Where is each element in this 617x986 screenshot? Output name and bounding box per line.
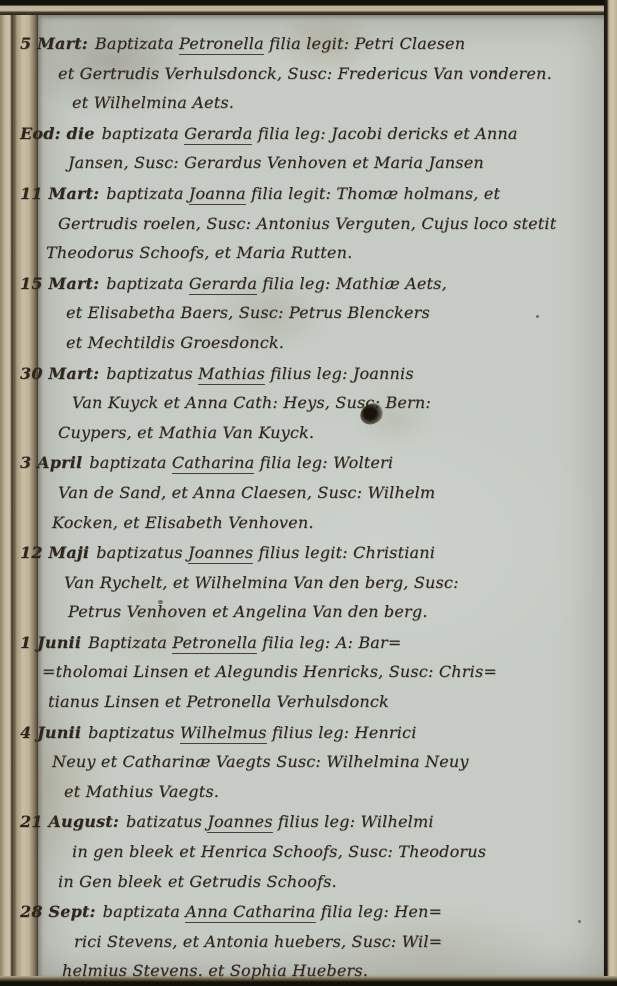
record-text: baptizata (103, 902, 186, 921)
record-line: Neuy et Catharinæ Vaegts Susc: Wilhelmin… (52, 747, 598, 777)
record-line: Van de Sand, et Anna Claesen, Susc: Wilh… (58, 478, 598, 508)
record-line: Cuypers, et Mathia Van Kuyck. (58, 418, 598, 448)
baptism-record: 11 Mart:baptizata Joanna filia legit: Th… (58, 179, 598, 268)
child-name: Wilhelmus (180, 723, 267, 744)
record-text: rici Stevens, et Antonia huebers, Susc: … (74, 932, 442, 951)
record-text: et Gertrudis Verhulsdonck, Susc: Frederi… (58, 64, 552, 83)
record-date: 3 April (20, 453, 89, 472)
record-text: Kocken, et Elisabeth Venhoven. (52, 513, 314, 532)
child-name: Anna Catharina (185, 902, 315, 923)
scan-top-edge (0, 0, 617, 15)
record-line: helmius Stevens. et Sophia Huebers. (62, 956, 598, 986)
child-name: Joannes (188, 543, 253, 564)
record-date: 12 Maji (20, 543, 96, 562)
record-line: et Mathius Vaegts. (64, 777, 598, 807)
record-line: Petrus Venhoven et Angelina Van den berg… (68, 597, 598, 627)
baptism-record: 28 Sept:baptizata Anna Catharina filia l… (58, 897, 598, 986)
record-line: Van Rychelt, et Wilhelmina Van den berg,… (64, 568, 598, 598)
record-line: in gen bleek et Henrica Schoofs, Susc: T… (72, 837, 598, 867)
record-line: 30 Mart:baptizatus Mathias filius leg: J… (20, 359, 598, 389)
record-date: 28 Sept: (20, 902, 103, 921)
record-date: 15 Mart: (20, 274, 106, 293)
record-date: 30 Mart: (20, 364, 106, 383)
baptism-record: 30 Mart:baptizatus Mathias filius leg: J… (58, 359, 598, 448)
baptism-record: 4 Juniibaptizatus Wilhelmus filius leg: … (58, 718, 598, 807)
record-line: et Mechtildis Groesdonck. (66, 328, 598, 358)
child-name: Petronella (179, 34, 264, 55)
record-text: filia leg: Mathiæ Aets, (257, 274, 447, 293)
record-text: et Elisabetha Baers, Susc: Petrus Blenck… (66, 303, 430, 322)
record-text: Gertrudis roelen, Susc: Antonius Vergute… (58, 214, 556, 233)
baptism-record: 12 Majibaptizatus Joannes filius legit: … (58, 538, 598, 627)
record-date: 21 August: (20, 812, 126, 831)
record-line: rici Stevens, et Antonia huebers, Susc: … (74, 927, 598, 957)
record-line: et Elisabetha Baers, Susc: Petrus Blenck… (66, 298, 598, 328)
child-name: Catharina (172, 453, 254, 474)
record-line: et Wilhelmina Aets. (72, 88, 598, 118)
record-text: tianus Linsen et Petronella Verhulsdonck (48, 692, 389, 711)
child-name: Gerarda (189, 274, 257, 295)
record-line: 3 Aprilbaptizata Catharina filia leg: Wo… (20, 448, 598, 478)
record-line: 12 Majibaptizatus Joannes filius legit: … (20, 538, 598, 568)
record-line: Kocken, et Elisabeth Venhoven. (52, 508, 598, 538)
record-line: 1 JuniiBaptizata Petronella filia leg: A… (20, 628, 598, 658)
record-line: Theodorus Schoofs, et Maria Rutten. (46, 238, 598, 268)
record-line: Jansen, Susc: Gerardus Venhoven et Maria… (68, 148, 598, 178)
record-text: baptizatus (88, 723, 180, 742)
record-text: Baptizata (88, 633, 172, 652)
record-line: 28 Sept:baptizata Anna Catharina filia l… (20, 897, 598, 927)
record-text: Jansen, Susc: Gerardus Venhoven et Maria… (68, 153, 484, 172)
record-text: filia leg: Hen= (316, 902, 443, 921)
record-text: baptizata (89, 453, 172, 472)
record-text: filius legit: Christiani (253, 543, 435, 562)
record-date: 11 Mart: (20, 184, 106, 203)
child-name: Gerarda (184, 124, 252, 145)
record-line: Van Kuyck et Anna Cath: Heys, Susc: Bern… (72, 388, 598, 418)
page-right-edge (604, 0, 617, 986)
record-text: baptizatus (106, 364, 198, 383)
record-text: Baptizata (95, 34, 179, 53)
record-line: 15 Mart:baptizata Gerarda filia leg: Mat… (20, 269, 598, 299)
record-line: in Gen bleek et Getrudis Schoofs. (58, 867, 598, 897)
record-text: filius leg: Joannis (265, 364, 414, 383)
record-text: in gen bleek et Henrica Schoofs, Susc: T… (72, 842, 486, 861)
record-line: 5 Mart:Baptizata Petronella filia legit:… (20, 29, 598, 59)
record-text: Theodorus Schoofs, et Maria Rutten. (46, 243, 352, 262)
record-text: =tholomai Linsen et Alegundis Henricks, … (42, 662, 497, 681)
record-text: baptizata (106, 274, 189, 293)
record-text: et Mathius Vaegts. (64, 782, 219, 801)
record-text: Van Rychelt, et Wilhelmina Van den berg,… (64, 573, 459, 592)
record-line: tianus Linsen et Petronella Verhulsdonck (48, 687, 598, 717)
child-name: Petronella (172, 633, 257, 654)
record-text: Petrus Venhoven et Angelina Van den berg… (68, 602, 428, 621)
record-text: batizatus (126, 812, 207, 831)
baptism-record: 21 August:batizatus Joannes filius leg: … (58, 807, 598, 896)
register-page-scan: 5 Mart:Baptizata Petronella filia legit:… (0, 0, 617, 986)
record-text: Cuypers, et Mathia Van Kuyck. (58, 423, 314, 442)
record-text: et Wilhelmina Aets. (72, 93, 234, 112)
record-line: 4 Juniibaptizatus Wilhelmus filius leg: … (20, 718, 598, 748)
record-text: filius leg: Wilhelmi (273, 812, 434, 831)
record-text: baptizata (102, 124, 185, 143)
record-date: 5 Mart: (20, 34, 95, 53)
record-text: filia legit: Thomæ holmans, et (246, 184, 500, 203)
record-line: Gertrudis roelen, Susc: Antonius Vergute… (58, 209, 598, 239)
child-name: Joannes (207, 812, 272, 833)
record-text: baptizata (106, 184, 189, 203)
record-line: =tholomai Linsen et Alegundis Henricks, … (42, 657, 598, 687)
record-text: in Gen bleek et Getrudis Schoofs. (58, 872, 337, 891)
record-text: Van de Sand, et Anna Claesen, Susc: Wilh… (58, 483, 435, 502)
baptism-record: Eod: diebaptizata Gerarda filia leg: Jac… (58, 119, 598, 178)
manuscript-paper: 5 Mart:Baptizata Petronella filia legit:… (38, 15, 604, 976)
record-text: filius leg: Henrici (267, 723, 417, 742)
baptism-record: 5 Mart:Baptizata Petronella filia legit:… (58, 29, 598, 118)
record-text: Neuy et Catharinæ Vaegts Susc: Wilhelmin… (52, 752, 469, 771)
record-text: filia leg: A: Bar= (257, 633, 401, 652)
records-container: 5 Mart:Baptizata Petronella filia legit:… (58, 29, 598, 986)
record-line: 21 August:batizatus Joannes filius leg: … (20, 807, 598, 837)
record-line: et Gertrudis Verhulsdonck, Susc: Frederi… (58, 59, 598, 89)
record-date: 4 Junii (20, 723, 88, 742)
baptism-record: 3 Aprilbaptizata Catharina filia leg: Wo… (58, 448, 598, 537)
record-text: Van Kuyck et Anna Cath: Heys, Susc: Bern… (72, 393, 431, 412)
baptism-record: 1 JuniiBaptizata Petronella filia leg: A… (58, 628, 598, 717)
child-name: Joanna (189, 184, 246, 205)
record-text: filia leg: Jacobi dericks et Anna (252, 124, 517, 143)
record-date: Eod: die (20, 124, 102, 143)
record-text: baptizatus (96, 543, 188, 562)
record-text: filia legit: Petri Claesen (264, 34, 465, 53)
record-line: 11 Mart:baptizata Joanna filia legit: Th… (20, 179, 598, 209)
baptism-record: 15 Mart:baptizata Gerarda filia leg: Mat… (58, 269, 598, 358)
record-line: Eod: diebaptizata Gerarda filia leg: Jac… (20, 119, 598, 149)
record-text: et Mechtildis Groesdonck. (66, 333, 284, 352)
record-text: filia leg: Wolteri (254, 453, 393, 472)
child-name: Mathias (198, 364, 265, 385)
record-text: helmius Stevens. et Sophia Huebers. (62, 961, 368, 980)
record-date: 1 Junii (20, 633, 88, 652)
